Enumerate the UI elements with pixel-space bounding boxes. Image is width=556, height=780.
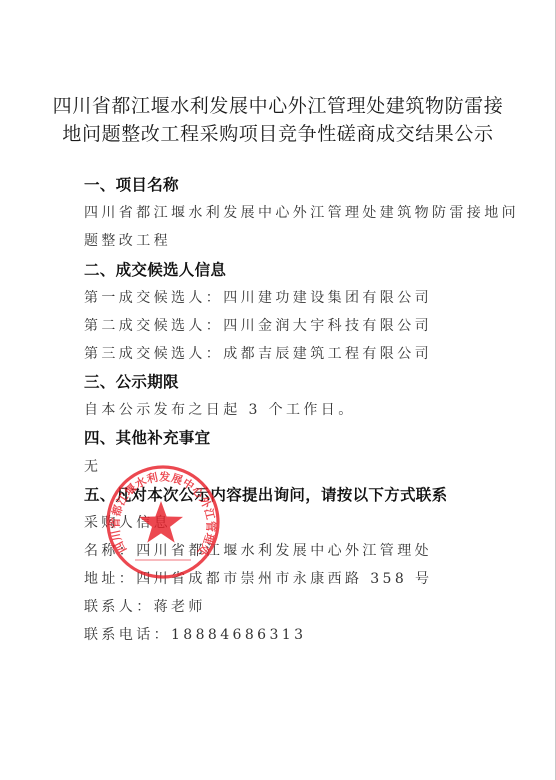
section-heading-project-name: 一、项目名称 [84,171,179,199]
other-matters-text: 无 [84,453,101,481]
document-title-line-1: 四川省都江堰水利发展中心外江管理处建筑物防雷接 [0,92,556,120]
candidate-third: 第三成交候选人：成都吉辰建筑工程有限公司 [84,340,432,368]
section-heading-contact: 五、凡对本次公示内容提出询问，请按以下方式联系 [84,481,447,509]
document-page: 四川省都江堰水利发展中心外江管理处建筑物防雷接 地问题整改工程采购项目竞争性磋商… [0,0,556,780]
project-name-line-1: 四川省都江堰水利发展中心外江管理处建筑物防雷接地问 [84,199,519,227]
project-name-line-2: 题整改工程 [84,227,171,255]
purchaser-contact-person: 联系人：蒋老师 [84,593,206,621]
section-heading-candidates: 二、成交候选人信息 [84,256,226,284]
document-title-line-2: 地问题整改工程采购项目竞争性磋商成交结果公示 [0,120,556,148]
purchaser-address: 地址：四川省成都市崇州市永康西路 358 号 [84,565,432,593]
purchaser-phone: 联系电话：18884686313 [84,621,306,649]
section-heading-other-matters: 四、其他补充事宜 [84,424,210,452]
candidate-first: 第一成交候选人：四川建功建设集团有限公司 [84,284,432,312]
purchaser-name: 名称：四川省都江堰水利发展中心外江管理处 [84,537,432,565]
purchaser-info-label: 采购人信息 [84,509,171,537]
publicity-period-text: 自本公示发布之日起 3 个工作日。 [84,396,356,424]
candidate-second: 第二成交候选人：四川金润大宇科技有限公司 [84,312,432,340]
section-heading-publicity-period: 三、公示期限 [84,368,179,396]
